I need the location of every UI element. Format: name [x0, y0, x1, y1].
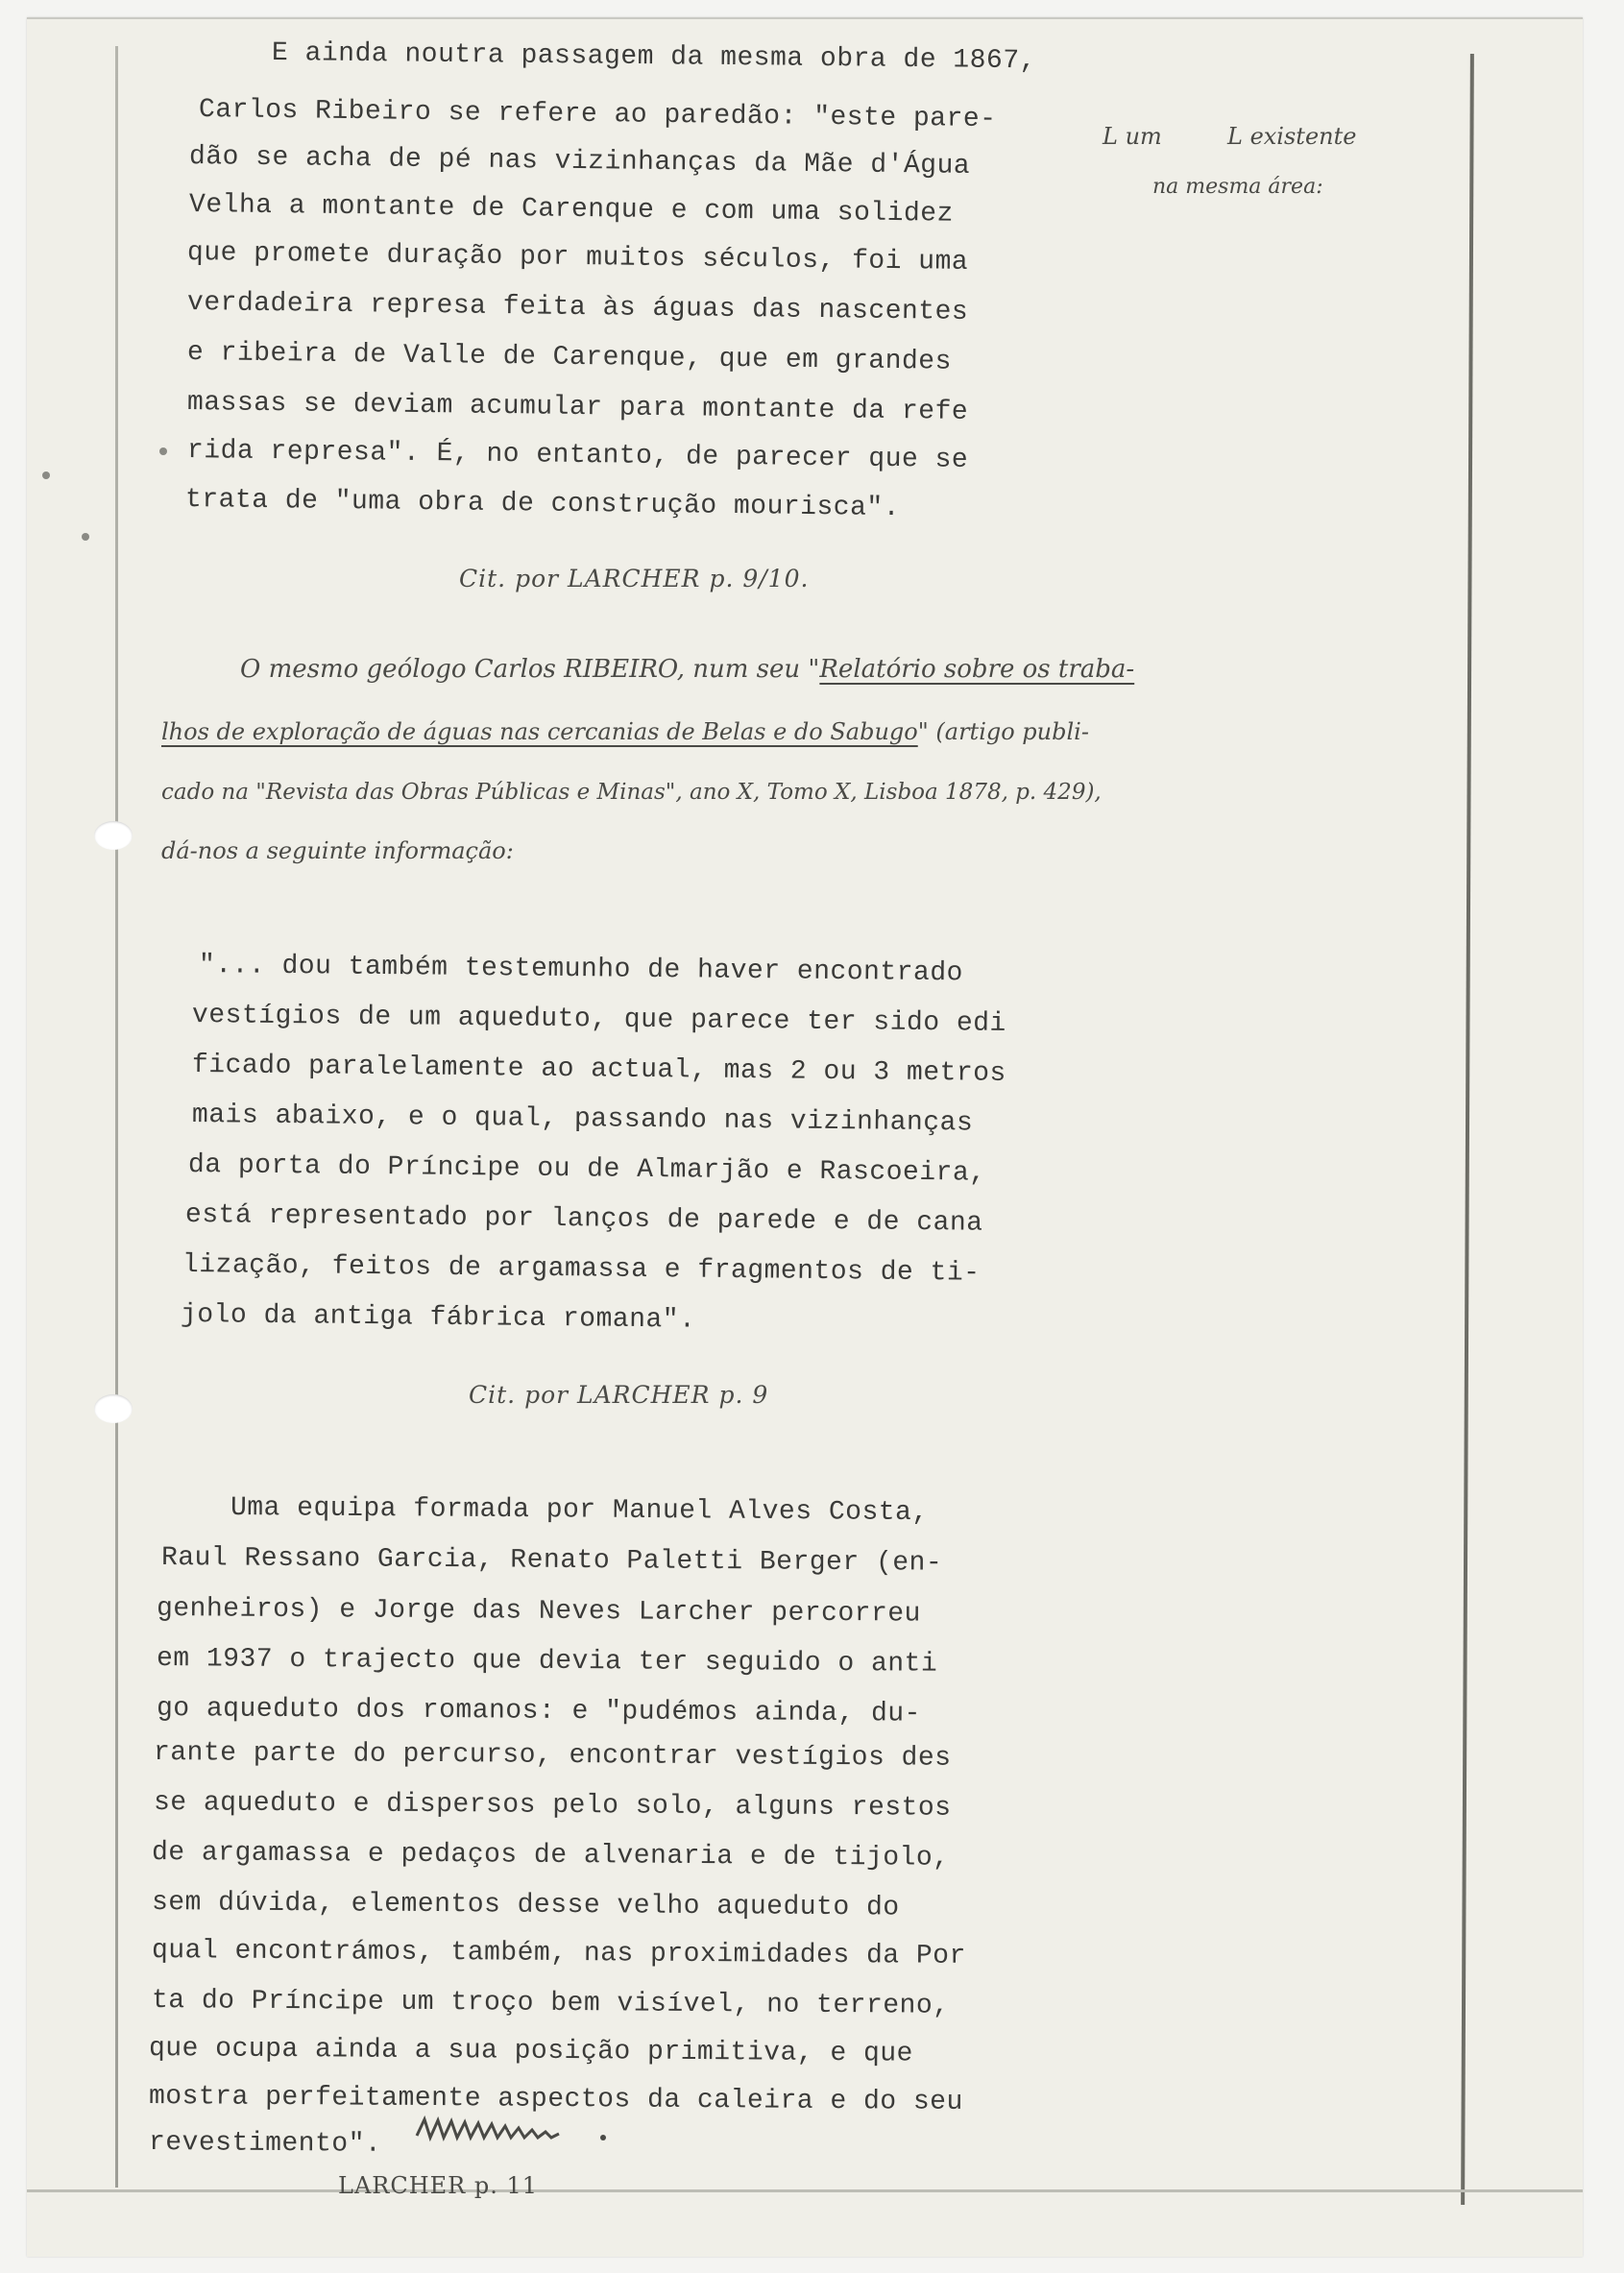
citation-3: LARCHER p. 11	[338, 2172, 538, 2199]
left-margin-line	[115, 46, 118, 2188]
text-line: se aqueduto e dispersos pelo solo, algun…	[154, 1788, 952, 1824]
punch-hole-top	[94, 821, 133, 850]
smudge-dot	[82, 533, 89, 541]
handwritten-line: cado na "Revista das Obras Públicas e Mi…	[161, 780, 1102, 805]
handwritten-line: O mesmo geólogo Carlos RIBEIRO, num seu …	[240, 655, 1134, 684]
margin-note-line: L um	[1103, 123, 1162, 150]
text-line: genheiros) e Jorge das Neves Larcher per…	[157, 1594, 921, 1630]
citation-1: Cit. por LARCHER p. 9/10.	[459, 565, 809, 592]
handwritten-line: lhos de exploração de águas nas cercania…	[161, 718, 1089, 745]
margin-note-line: L existente	[1227, 123, 1356, 150]
text-line: que ocupa ainda a sua posição primitiva,…	[149, 2034, 913, 2069]
smudge-dot	[42, 472, 50, 479]
text-line: revestimento".	[149, 2128, 381, 2160]
text-line: em 1937 o trajecto que devia ter seguido…	[157, 1644, 937, 1680]
text-line: ta do Príncipe um troço bem visível, no …	[152, 1986, 950, 2021]
text-line: Uma equipa formada por Manuel Alves Cost…	[230, 1493, 929, 1528]
handwritten-line: dá-nos a seguinte informação:	[161, 837, 514, 864]
text-line: rante parte do percurso, encontrar vestí…	[154, 1738, 952, 1774]
crossed-out-text-icon	[415, 2115, 607, 2143]
punch-hole-bottom	[94, 1394, 133, 1423]
bottom-rule	[27, 2189, 1583, 2192]
margin-note-line: na mesma área:	[1152, 175, 1323, 199]
right-margin-line	[1461, 54, 1474, 2205]
smudge-dot	[159, 447, 167, 455]
text-line: qual encontrámos, também, nas proximidad…	[152, 1936, 966, 1971]
text-line: Raul Ressano Garcia, Renato Paletti Berg…	[161, 1543, 942, 1579]
text-line: mostra perfeitamente aspectos da caleira…	[149, 2082, 963, 2117]
text-line: sem dúvida, elementos desse velho aquedu…	[152, 1888, 900, 1922]
text-line: de argamassa e pedaços de alvenaria e de…	[152, 1838, 950, 1874]
text-line: jolo da antiga fábrica romana".	[181, 1300, 696, 1336]
text-line: go aqueduto dos romanos: e "pudémos aind…	[157, 1694, 921, 1729]
citation-2: Cit. por LARCHER p. 9	[469, 1381, 768, 1409]
